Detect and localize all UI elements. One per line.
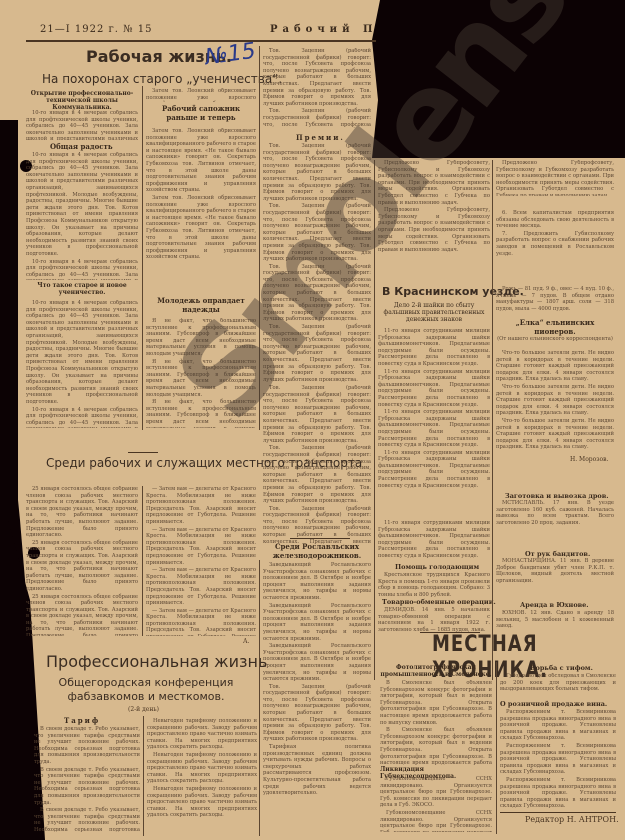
- article-byline-elka: (От нашего ельнинского корреспондента): [496, 336, 614, 348]
- article-title-rent: Аренда в Юхнове.: [520, 601, 589, 609]
- article-body-railway: Заведывающий Рославльского Участпрофсожа…: [263, 562, 371, 832]
- article-subtitle-krasninsky: Дело 2-й шайки по сбыту фальшивых правит…: [380, 302, 488, 323]
- column-rule: [259, 560, 260, 836]
- divider: [290, 538, 350, 539]
- article-body-exchange: ДЕМИДОВ. 14 янв. 5 начальник товарно-обм…: [378, 607, 490, 633]
- article-title-bandits: От рук бандитов.: [525, 550, 590, 558]
- article-title-awards: Премии.: [296, 133, 345, 142]
- article-body-wine: Распоряжением т. Всемирникова разрешена …: [500, 709, 616, 809]
- article-body-professional-left: В своем докладе т. Ребо указывает, что у…: [34, 726, 140, 834]
- article-day: (2-й день): [128, 706, 159, 713]
- column-rule: [492, 160, 493, 680]
- article-subtitle-professional: Общегородская конференция фабзавкомов и …: [36, 676, 256, 704]
- article-title-photolitho: Фотолитографическая промышленность в Смо…: [380, 664, 492, 678]
- subhead-old-new: Что такое старое и новое ученичество.: [26, 282, 138, 296]
- article-body-rent: ЮХНОВ. 12 янв. Сдано в аренду 18 мельниц…: [496, 610, 614, 630]
- article-body: 10-го января в 4 вечерам собрались для п…: [26, 152, 138, 280]
- article-body-photolitho: В Смоленске был объявлен Губсовнархозом …: [380, 680, 492, 766]
- divider: [128, 452, 158, 453]
- article-title-famine: Помощь голодающим: [395, 563, 479, 571]
- column-rule: [259, 46, 260, 430]
- editor-signature: Редактор Н. АНТРОН.: [525, 815, 619, 824]
- article-body-liquidation: Губэкономсовещание ССНХ ликвидировано. О…: [380, 776, 492, 832]
- article-title-railway: Среди Рославльских железнодорожников.: [263, 542, 371, 560]
- article-body-firewood: МСТИСЛАВЛЬ. 17 янв. В уезде заготовлено …: [496, 500, 614, 540]
- article-body: Тов. Зацепин (рабочий государственной фа…: [263, 48, 371, 128]
- article-body-right-top: Предложено Губпрофсовету, Губисполкому и…: [378, 160, 490, 260]
- column-rule: [143, 716, 144, 836]
- article-title-youth: Молодежь оправдает надежды: [146, 296, 256, 314]
- article-title-shoemaker: Рабочий сапожник раньше и теперь: [146, 104, 256, 122]
- article-title-wine: О розничной продаже вина.: [500, 700, 607, 708]
- article-body-krasninsky: 11-го января сотрудниками милиции Губроз…: [378, 328, 490, 518]
- article-body-shoemaker: Затем тов. Леонский обрисовывает положен…: [146, 128, 256, 293]
- article-title-typhus: Борьба с тифом.: [530, 664, 593, 672]
- column-rule: [142, 486, 143, 636]
- column-rule: [374, 160, 375, 680]
- column-rule: [142, 86, 143, 430]
- subhead-tariff: Тариф: [64, 716, 100, 725]
- column-rule: [496, 662, 497, 834]
- article-body-professional-mid: Невыгоден тарифному положению и сокращен…: [147, 718, 257, 834]
- divider: [500, 812, 616, 813]
- newspaper-name: Рабочий П: [270, 24, 377, 35]
- article-elka-intro: Рожь — 81 пуд. 9 ф., овес — 4 пуд. 10 ф.…: [496, 286, 614, 318]
- article-body-transport-right: — Затем вам — делегаты от Красного Крест…: [146, 486, 256, 636]
- signature-transport: А.: [243, 638, 249, 645]
- article-body: 10-го января в 4 вечерам собрались для п…: [26, 110, 138, 140]
- article-body: Затем тов. Леонский обрисовывает положен…: [146, 88, 256, 102]
- signature-elka: Н. Морозов.: [570, 456, 608, 463]
- article-body-famine: Крестьянское трудящихся Красного Креста …: [378, 572, 490, 598]
- article-right-items: 6. Всем капиталистам предприятия обязаны…: [496, 210, 614, 270]
- article-subtitle-apprenticeship: На похоронах старого „ученичества“.: [42, 72, 282, 86]
- article-body-typhus: Губздравотдел обследовал в Смоленске до …: [500, 673, 616, 699]
- article-body-elka: Что-то большое затеяли дети. Не видно де…: [496, 350, 614, 454]
- article-body-bandits: МОНАСТЫРЩИНА. 11 янв. В деревне Доброе б…: [496, 558, 614, 592]
- article-body-transport-left: 25 января состоялось общее собрание член…: [26, 486, 138, 636]
- subhead-joy: Общая радость: [50, 142, 113, 151]
- article-body: 11-го января сотрудниками милиции Губроз…: [378, 520, 490, 562]
- section-title-professional: Профессиональная жизнь: [46, 652, 267, 671]
- masthead-rule: [26, 40, 376, 42]
- article-title-firewood: Заготовка и вывозка дров.: [505, 492, 609, 500]
- article-title-transport: Среди рабочих и служащих местного трансп…: [46, 456, 362, 470]
- article-title-elka: „Елка“ ельнинских пионеров.: [496, 318, 614, 336]
- article-body: 10-го января в 4 вечерам собрались для п…: [26, 300, 138, 428]
- article-body-awards: Тов. Зацепин (рабочий государственной фа…: [263, 143, 371, 383]
- article-body-youth: Я не факт, что большинство вступление к …: [146, 318, 256, 428]
- article-body: Предложено Губпрофсовету, Губисполкому и…: [496, 160, 614, 196]
- article-title-exchange: Товарно-обменные операции.: [382, 598, 496, 606]
- article-lead: Открытие профессионально-технической шко…: [26, 90, 138, 111]
- issue-date: 21—I 1922 г. № 15: [40, 24, 152, 35]
